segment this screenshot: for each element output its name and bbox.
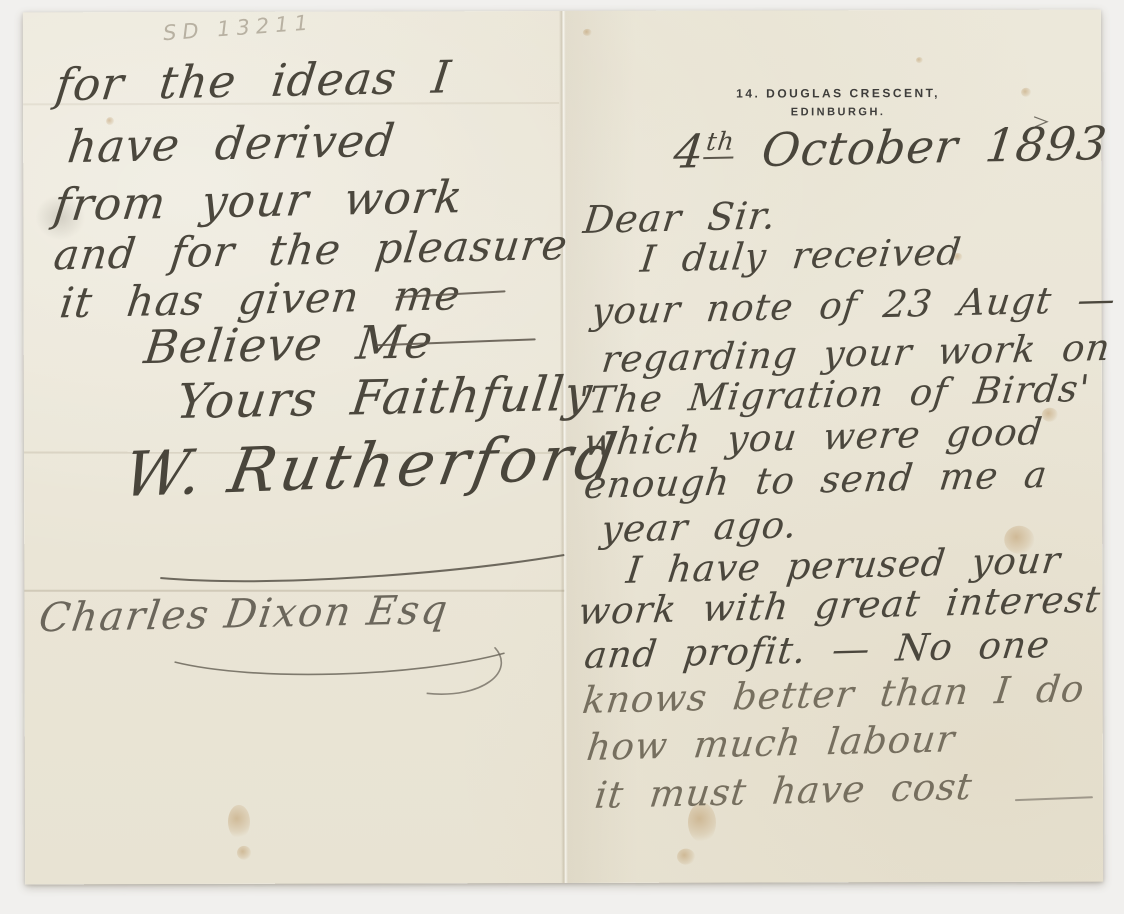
letter-right-page: 14. DOUGLAS CRESCENT, EDINBURGH. 4th Oct… [23,10,1103,885]
right-page-line-7: year ago. [599,506,799,548]
right-page-line-13: it must have cost [593,768,975,814]
right-page-line-6: enough to send me a [582,456,1050,504]
right-page-line-10: and profit. — No one [583,626,1053,674]
right-page-line-2: your note of 23 Augt — [590,281,1118,330]
right-page-line-9: work with great interest [576,581,1102,630]
date-day: 4 [671,124,708,179]
right-page-line-11: knows better than I do [581,670,1087,719]
letter-paper: SD 13211 for the ideas I have derived fr… [23,10,1103,885]
salutation: Dear Sir. [581,196,778,239]
scan-background: SD 13211 for the ideas I have derived fr… [0,0,1124,914]
right-page-line-12: how much labour [585,720,957,766]
date-suffix: th [703,126,737,159]
date-line: 4th October 1893 [671,120,1110,175]
right-page-line-1: I duly received [639,233,964,278]
letterhead-address: 14. DOUGLAS CRESCENT, [673,86,1003,101]
date-rest: October 1893 [759,116,1110,177]
pen-flourish [1015,796,1093,801]
right-page-line-5: which you were good [582,413,1045,461]
